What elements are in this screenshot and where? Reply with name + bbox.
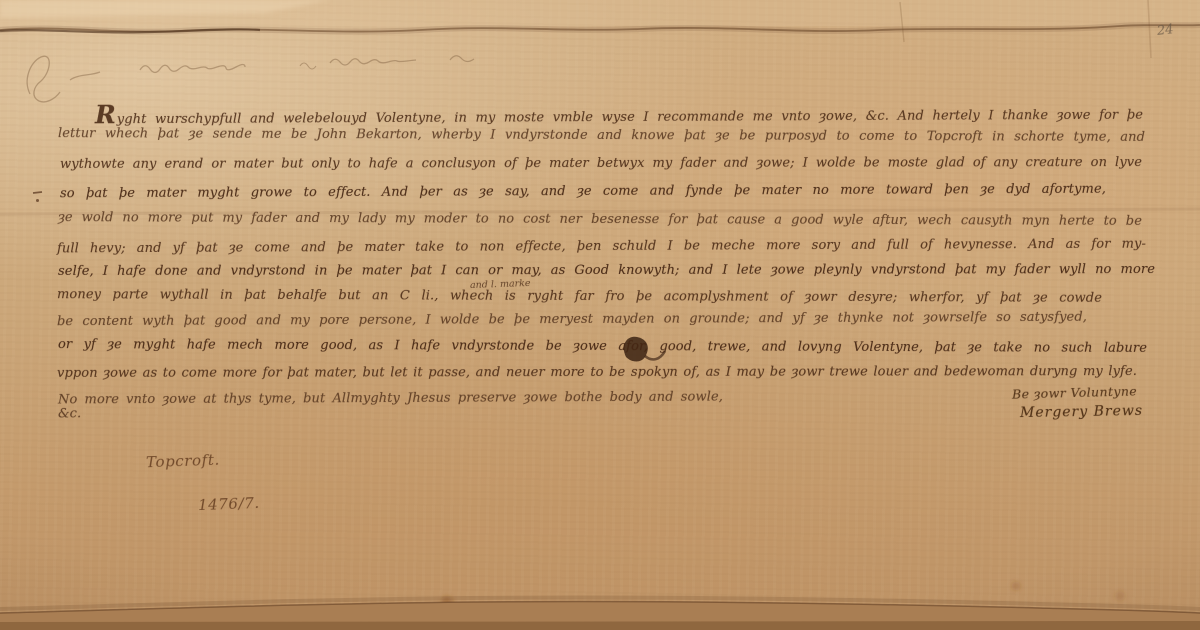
date-annotation: 1476/7. xyxy=(198,494,260,514)
letter-line-7: selfe, I hafe done and vndyrstond in þe … xyxy=(58,263,1155,279)
manuscript-photo: 24 Ryght wurschypfull and welebelouyd Vo… xyxy=(0,0,1200,630)
letter-line-3: wythowte any erand or mater but only to … xyxy=(60,156,1142,172)
letter-line-8: money parte wythall in þat behalfe but a… xyxy=(57,288,1102,305)
valediction: Be ȝowr Voluntyne xyxy=(1012,383,1137,401)
interlinear-insertion: and l. marke xyxy=(470,278,531,291)
place-annotation: Topcroft. xyxy=(146,451,220,472)
signature: Mergery Brews xyxy=(1020,403,1143,421)
letter-line-5: ȝe wold no more put my fader and my lady… xyxy=(58,211,1142,228)
folio-number: 24 xyxy=(1156,22,1174,39)
letter-line-11: vppon ȝowe as to come more for þat mater… xyxy=(57,365,1137,381)
letter-line-9: be content wyth þat good and my pore per… xyxy=(57,311,1087,329)
letter-line-6: full hevy; and yf þat ȝe come and þe mat… xyxy=(57,238,1146,256)
letter-line-2: lettur whech þat ȝe sende me be John Bek… xyxy=(58,127,1145,144)
letter-line-1: Ryght wurschypfull and welebelouyd Volen… xyxy=(95,98,1143,129)
letter-body: 24 Ryght wurschypfull and welebelouyd Vo… xyxy=(0,0,1200,630)
letter-line-10: or yf ȝe myght hafe mech more good, as I… xyxy=(58,338,1147,355)
letter-line-4: so þat þe mater myght growe to effect. A… xyxy=(60,183,1106,201)
letter-line-12: No more vnto ȝowe at thys tyme, but Allm… xyxy=(58,391,723,421)
